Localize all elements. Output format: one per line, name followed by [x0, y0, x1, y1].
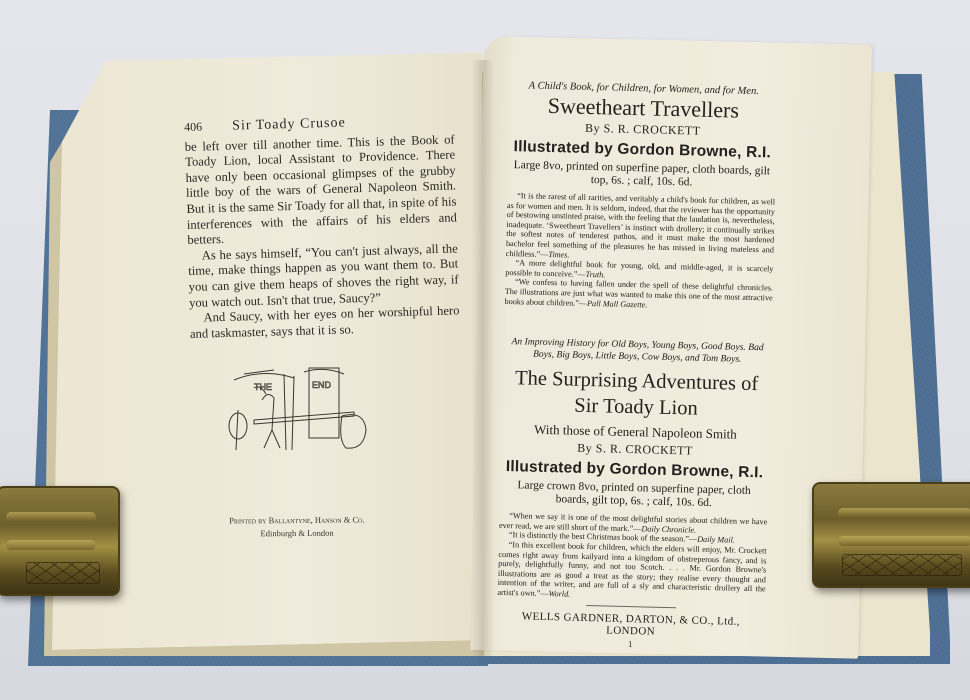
end-label: END — [312, 380, 332, 390]
ad1-title: Sweetheart Travellers — [509, 93, 778, 124]
running-title: Sir Toady Crusoe — [232, 115, 346, 134]
printer-location: Edinburgh & London — [212, 526, 382, 540]
paragraph: be left over till another time. This is … — [185, 132, 458, 249]
review: “It is the rarest of all rarities, and v… — [506, 191, 776, 265]
ad2-tagline: An Improving History for Old Boys, Young… — [503, 336, 771, 366]
brass-hand-bookend-left — [0, 486, 120, 596]
left-page-text: 406 Sir Toady Crusoe be left over till a… — [184, 112, 460, 342]
review: “In this excellent book for children, wh… — [497, 540, 766, 604]
printer-name: Printed by Ballantyne, Hanson & Co. — [212, 513, 382, 527]
ad1-illustrator: Illustrated by Gordon Browne, R.I. — [508, 138, 776, 163]
publisher-imprint: WELLS GARDNER, DARTON, & CO., Ltd., LOND… — [496, 610, 765, 641]
hand-lattice-cuff — [26, 562, 100, 584]
ad1-reviews: “It is the rarest of all rarities, and v… — [504, 191, 775, 313]
the-label: THE — [254, 382, 272, 392]
book-photo-scene: 406 Sir Toady Crusoe be left over till a… — [0, 0, 970, 700]
page-number: 406 — [184, 119, 232, 136]
book-gutter — [472, 60, 494, 656]
paragraph: As he says himself, “You can't just alwa… — [188, 241, 460, 311]
brass-hand-bookend-right — [812, 482, 970, 588]
ad2-title: The Surprising Adventures of Sir Toady L… — [502, 365, 771, 424]
divider-rule — [586, 605, 676, 608]
ad2-illustrator: Illustrated by Gordon Browne, R.I. — [500, 458, 768, 483]
hand-lattice-cuff — [842, 554, 962, 576]
the-end-illustration: THE END — [214, 360, 374, 460]
ad2-reviews: “When we say it is one of the most delig… — [497, 511, 767, 604]
ad1-format: Large 8vo, printed on superfine paper, c… — [507, 159, 776, 192]
printer-imprint: Printed by Ballantyne, Hanson & Co. Edin… — [212, 513, 382, 540]
review: “We confess to having fallen under the s… — [504, 277, 773, 312]
ad2-format: Large crown 8vo, printed on superfine pa… — [500, 479, 769, 512]
right-page-advertisements: A Child's Book, for Children, for Women,… — [496, 80, 778, 653]
